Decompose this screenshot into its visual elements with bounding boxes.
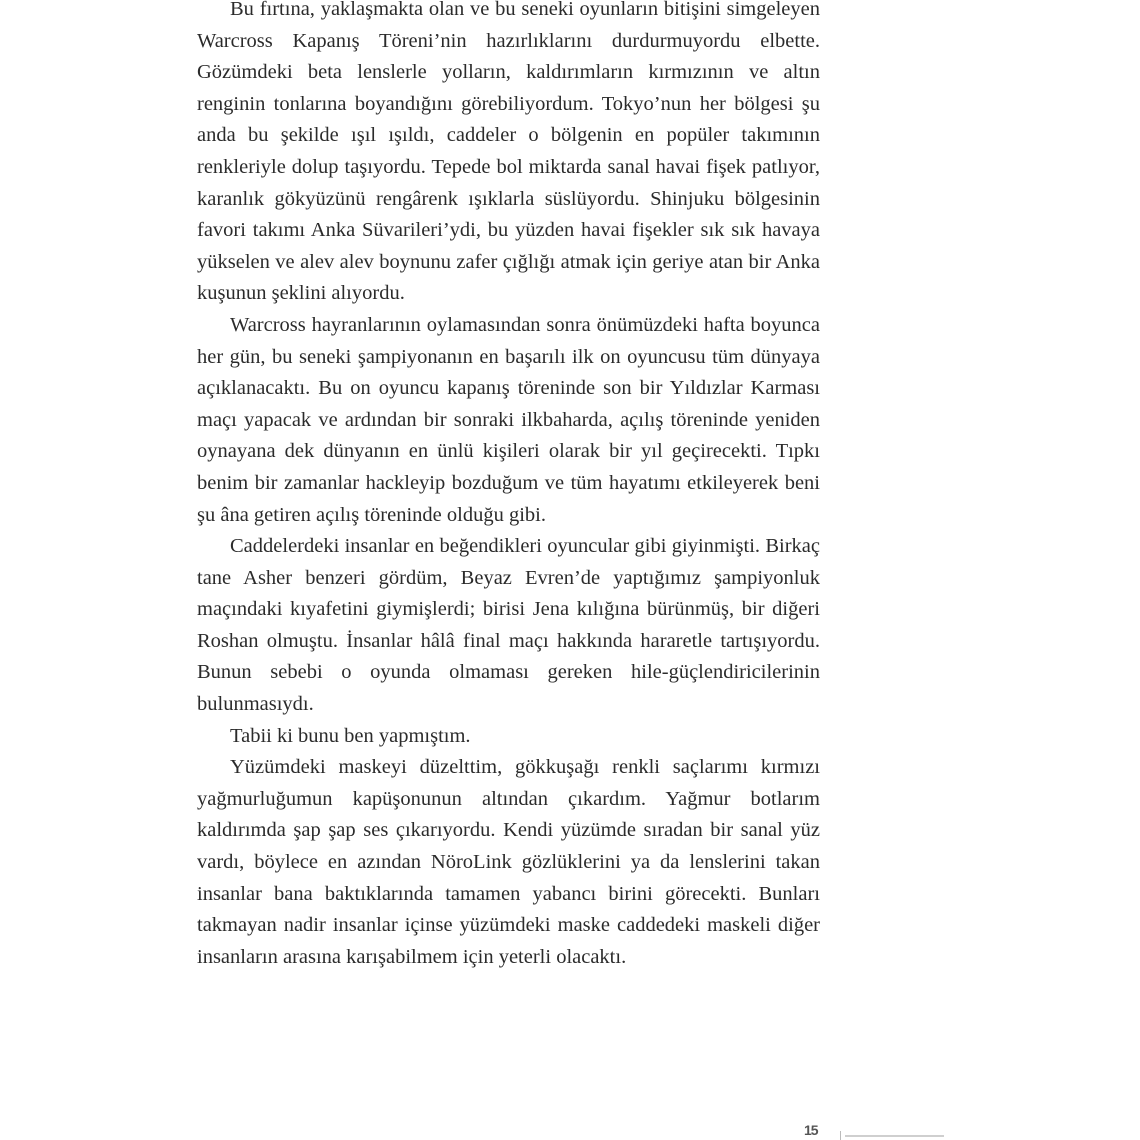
- paragraph: Yüzümdeki maskeyi düzelttim, gökkuşağı r…: [197, 752, 820, 973]
- book-page: Bu fırtına, yaklaşmakta olan ve bu senek…: [0, 0, 1140, 1140]
- paragraph: Tabii ki bunu ben yapmıştım.: [197, 721, 820, 753]
- paragraph: Warcross hayranlarının oylamasından sonr…: [197, 310, 820, 531]
- page-number: 15: [804, 1122, 818, 1138]
- paragraph: Bu fırtına, yaklaşmakta olan ve bu senek…: [197, 0, 820, 310]
- body-text: Bu fırtına, yaklaşmakta olan ve bu senek…: [197, 0, 820, 973]
- footer-divider: [840, 1131, 841, 1140]
- footer-rule: [845, 1135, 944, 1137]
- paragraph: Caddelerdeki insanlar en beğendikleri oy…: [197, 531, 820, 721]
